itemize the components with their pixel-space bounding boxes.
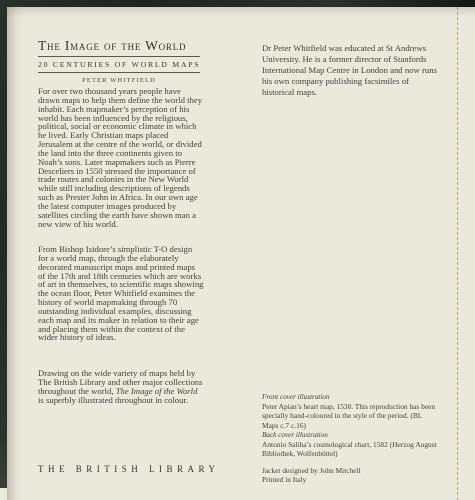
back-cover-credit-body: Antonio Saliba’s cosmological chart, 158… — [262, 440, 440, 459]
scan-edge-top — [0, 0, 475, 7]
blurb-paragraph-1: For over two thousand years people have … — [38, 87, 204, 229]
book-subtitle: 20 CENTURIES OF WORLD MAPS — [38, 57, 200, 73]
title-block: The Image of the World 20 CENTURIES OF W… — [38, 38, 200, 84]
author-bio: Dr Peter Whitfield was educated at St An… — [262, 43, 440, 98]
flap-blurb-column: The Image of the World 20 CENTURIES OF W… — [38, 0, 204, 500]
author-and-credits-column: Dr Peter Whitfield was educated at St An… — [262, 0, 440, 500]
scan-edge-left — [0, 0, 7, 488]
book-author: PETER WHITFIELD — [38, 77, 200, 84]
blurb-paragraph-2: From Bishop Isidore’s simplistic T-O des… — [38, 245, 204, 342]
blurb-paragraph-3: Drawing on the wide variety of maps held… — [38, 369, 204, 404]
jacket-flap-page: The Image of the World 20 CENTURIES OF W… — [0, 0, 475, 500]
back-cover-credit-heading: Back cover illustration — [262, 431, 440, 440]
back-cover-credit: Back cover illustration Antonio Saliba’s… — [262, 431, 440, 459]
jacket-colophon: Jacket designed by John Mitchell Printed… — [262, 466, 440, 485]
front-cover-credit-body: Peter Apian’s heart map, 1530. This repr… — [262, 402, 440, 430]
jacket-designer-credit: Jacket designed by John Mitchell — [262, 466, 440, 475]
jacket-fold-line — [457, 7, 458, 500]
publisher-imprint: THE BRITISH LIBRARY — [38, 464, 220, 474]
front-cover-credit: Front cover illustration Peter Apian’s h… — [262, 393, 440, 430]
front-cover-credit-heading: Front cover illustration — [262, 393, 440, 402]
blurb-paragraph-3-tail: is superbly illustrated throughout in co… — [38, 395, 188, 405]
page-left-shadow — [7, 7, 23, 500]
book-title: The Image of the World — [38, 38, 200, 57]
printed-in-note: Printed in Italy — [262, 475, 440, 484]
